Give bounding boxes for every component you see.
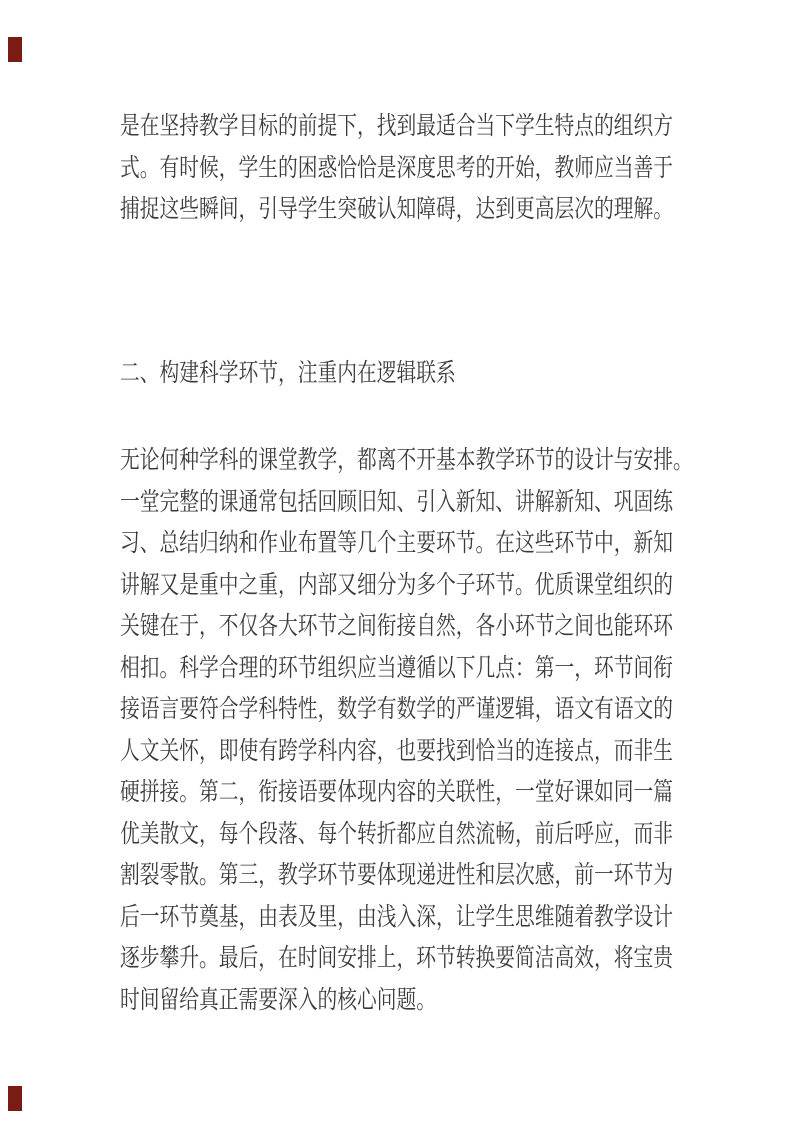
page-corner-mark-top: [8, 37, 22, 62]
text-line: 割裂零散。第三，教学环节要体现递进性和层次感，前一环节为: [120, 855, 673, 897]
section-heading: 二、构建科学环节，注重内在逻辑联系: [120, 353, 673, 395]
page-corner-mark-bottom: [8, 1086, 22, 1111]
document-text-area: 是在坚持教学目标的前提下，找到最适合当下学生特点的组织方 式。有时候，学生的困惑…: [120, 0, 673, 1021]
text-line: 一堂完整的课通常包括回顾旧知、引入新知、讲解新知、巩固练: [120, 482, 673, 524]
text-line: 捕捉这些瞬间，引导学生突破认知障碍，达到更高层次的理解。: [120, 189, 673, 231]
text-line: 无论何种学科的课堂教学，都离不开基本教学环节的设计与安排。: [120, 440, 673, 482]
intro-paragraph: 是在坚持教学目标的前提下，找到最适合当下学生特点的组织方 式。有时候，学生的困惑…: [120, 106, 673, 231]
text-line: 习、总结归纳和作业布置等几个主要环节。在这些环节中，新知: [120, 523, 673, 565]
text-line: 后一环节奠基，由表及里，由浅入深，让学生思维随着教学设计: [120, 897, 673, 939]
text-line: 相扣。科学合理的环节组织应当遵循以下几点：第一，环节间衔: [120, 648, 673, 690]
section-heading-text: 二、构建科学环节，注重内在逻辑联系: [120, 353, 673, 395]
text-line: 逐步攀升。最后，在时间安排上，环节转换要简洁高效，将宝贵: [120, 938, 673, 980]
document-page: 是在坚持教学目标的前提下，找到最适合当下学生特点的组织方 式。有时候，学生的困惑…: [0, 0, 793, 1122]
text-line: 优美散文，每个段落、每个转折都应自然流畅，前后呼应，而非: [120, 814, 673, 856]
text-line: 人文关怀，即使有跨学科内容，也要找到恰当的连接点，而非生: [120, 731, 673, 773]
text-line: 是在坚持教学目标的前提下，找到最适合当下学生特点的组织方: [120, 106, 673, 148]
text-line: 接语言要符合学科特性，数学有数学的严谨逻辑，语文有语文的: [120, 689, 673, 731]
text-line: 时间留给真正需要深入的核心问题。: [120, 980, 673, 1022]
text-line: 关键在于，不仅各大环节之间衔接自然，各小环节之间也能环环: [120, 606, 673, 648]
text-line: 硬拼接。第二，衔接语要体现内容的关联性，一堂好课如同一篇: [120, 772, 673, 814]
text-line: 讲解又是重中之重，内部又细分为多个子环节。优质课堂组织的: [120, 565, 673, 607]
section-body-paragraph: 无论何种学科的课堂教学，都离不开基本教学环节的设计与安排。 一堂完整的课通常包括…: [120, 440, 673, 1021]
text-line: 式。有时候，学生的困惑恰恰是深度思考的开始，教师应当善于: [120, 148, 673, 190]
